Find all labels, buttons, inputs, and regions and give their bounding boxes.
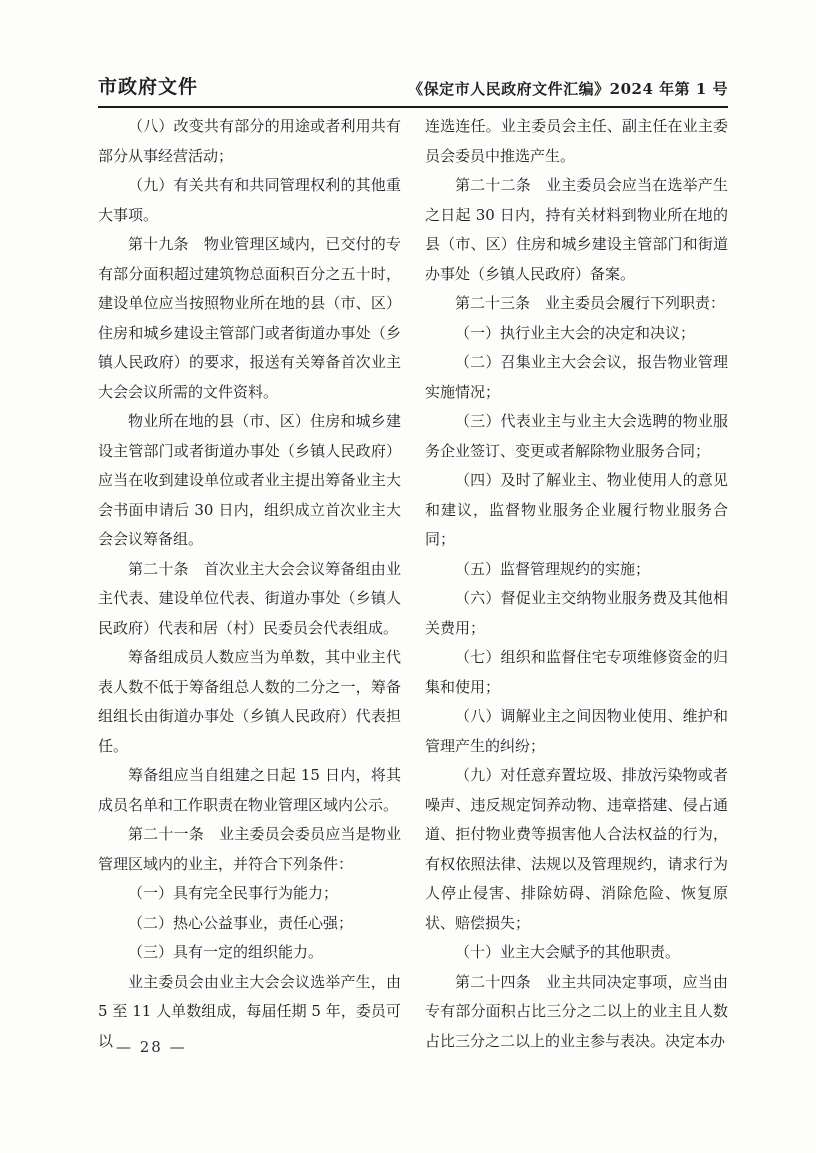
- paragraph: （三）代表业主与业主大会选聘的物业服务企业签订、变更或者解除物业服务合同；: [425, 407, 728, 466]
- paragraph: （一）执行业主大会的决定和决议；: [425, 319, 728, 349]
- paragraph: （八）调解业主之间因物业使用、维护和管理产生的纠纷；: [425, 702, 728, 761]
- paragraph: 第二十一条 业主委员会委员应当是物业管理区域内的业主，并符合下列条件：: [98, 820, 401, 879]
- paragraph: 第二十二条 业主委员会应当在选举产生之日起 30 日内，持有关材料到物业所在地的…: [425, 171, 728, 289]
- paragraph: 筹备组应当自组建之日起 15 日内，将其成员名单和工作职责在物业管理区域内公示。: [98, 761, 401, 820]
- paragraph: 第二十条 首次业主大会会议筹备组由业主代表、建设单位代表、街道办事处（乡镇人民政…: [98, 555, 401, 644]
- paragraph: （八）改变共有部分的用途或者利用共有部分从事经营活动；: [98, 112, 401, 171]
- paragraph: （四）及时了解业主、物业使用人的意见和建议，监督物业服务企业履行物业服务合同；: [425, 466, 728, 555]
- paragraph: 第十九条 物业管理区域内，已交付的专有部分面积超过建筑物总面积百分之五十时，建设…: [98, 230, 401, 407]
- header-left-title: 市政府文件: [98, 72, 198, 99]
- paragraph: 第二十三条 业主委员会履行下列职责：: [425, 289, 728, 319]
- paragraph: 物业所在地的县（市、区）住房和城乡建设主管部门或者街道办事处（乡镇人民政府）应当…: [98, 407, 401, 555]
- page-number: — 28 —: [116, 1038, 187, 1056]
- paragraph: 连选连任。业主委员会主任、副主任在业主委员会委员中推选产生。: [425, 112, 728, 171]
- document-body: （八）改变共有部分的用途或者利用共有部分从事经营活动；（九）有关共有和共同管理权…: [98, 112, 728, 1056]
- document-page: 市政府文件 《保定市人民政府文件汇编》2024 年第 1 号 （八）改变共有部分…: [0, 0, 816, 1153]
- paragraph: 第二十四条 业主共同决定事项，应当由专有部分面积占比三分之二以上的业主且人数占比…: [425, 968, 728, 1057]
- paragraph: （九）对任意弃置垃圾、排放污染物或者噪声、违反规定饲养动物、违章搭建、侵占通道、…: [425, 761, 728, 938]
- paragraph: （六）督促业主交纳物业服务费及其他相关费用；: [425, 584, 728, 643]
- left-column: （八）改变共有部分的用途或者利用共有部分从事经营活动；（九）有关共有和共同管理权…: [98, 112, 401, 1056]
- right-column: 连选连任。业主委员会主任、副主任在业主委员会委员中推选产生。第二十二条 业主委员…: [425, 112, 728, 1056]
- paragraph: （三）具有一定的组织能力。: [98, 938, 401, 968]
- paragraph: （五）监督管理规约的实施；: [425, 555, 728, 585]
- paragraph: （一）具有完全民事行为能力；: [98, 879, 401, 909]
- paragraph: （七）组织和监督住宅专项维修资金的归集和使用；: [425, 643, 728, 702]
- paragraph: （九）有关共有和共同管理权利的其他重大事项。: [98, 171, 401, 230]
- paragraph: （二）热心公益事业，责任心强；: [98, 909, 401, 939]
- paragraph: 筹备组成员人数应当为单数，其中业主代表人数不低于筹备组总人数的二分之一，筹备组组…: [98, 643, 401, 761]
- paragraph: （十）业主大会赋予的其他职责。: [425, 938, 728, 968]
- page-header: 市政府文件 《保定市人民政府文件汇编》2024 年第 1 号: [98, 72, 728, 108]
- paragraph: （二）召集业主大会会议，报告物业管理实施情况；: [425, 348, 728, 407]
- header-right-title: 《保定市人民政府文件汇编》2024 年第 1 号: [408, 78, 728, 99]
